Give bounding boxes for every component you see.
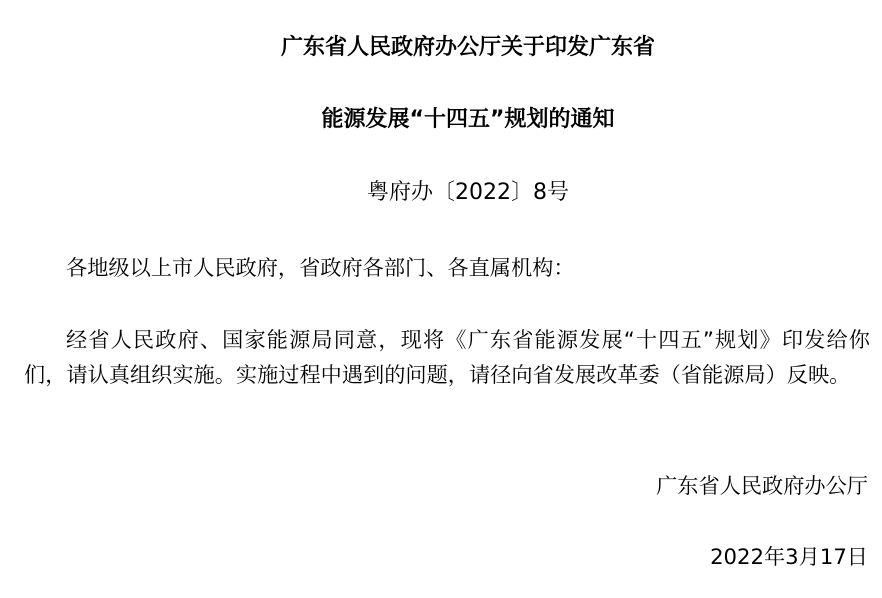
signature-date: 2022年3月17日 xyxy=(710,542,868,572)
document-title-line-1: 广东省人民政府办公厅关于印发广东省 xyxy=(0,33,882,63)
document-title-line-2: 能源发展“十四五”规划的通知 xyxy=(0,105,882,135)
body-paragraph: 经省人民政府、国家能源局同意，现将《广东省能源发展“十四五”规划》印发给你们，请… xyxy=(24,322,870,392)
document-number: 粤府办〔2022〕8号 xyxy=(0,178,882,208)
notice-document: 广东省人民政府办公厅关于印发广东省 能源发展“十四五”规划的通知 粤府办〔202… xyxy=(0,0,882,598)
salutation: 各地级以上市人民政府，省政府各部门、各直属机构： xyxy=(24,250,870,285)
signature-organization: 广东省人民政府办公厅 xyxy=(656,471,868,501)
